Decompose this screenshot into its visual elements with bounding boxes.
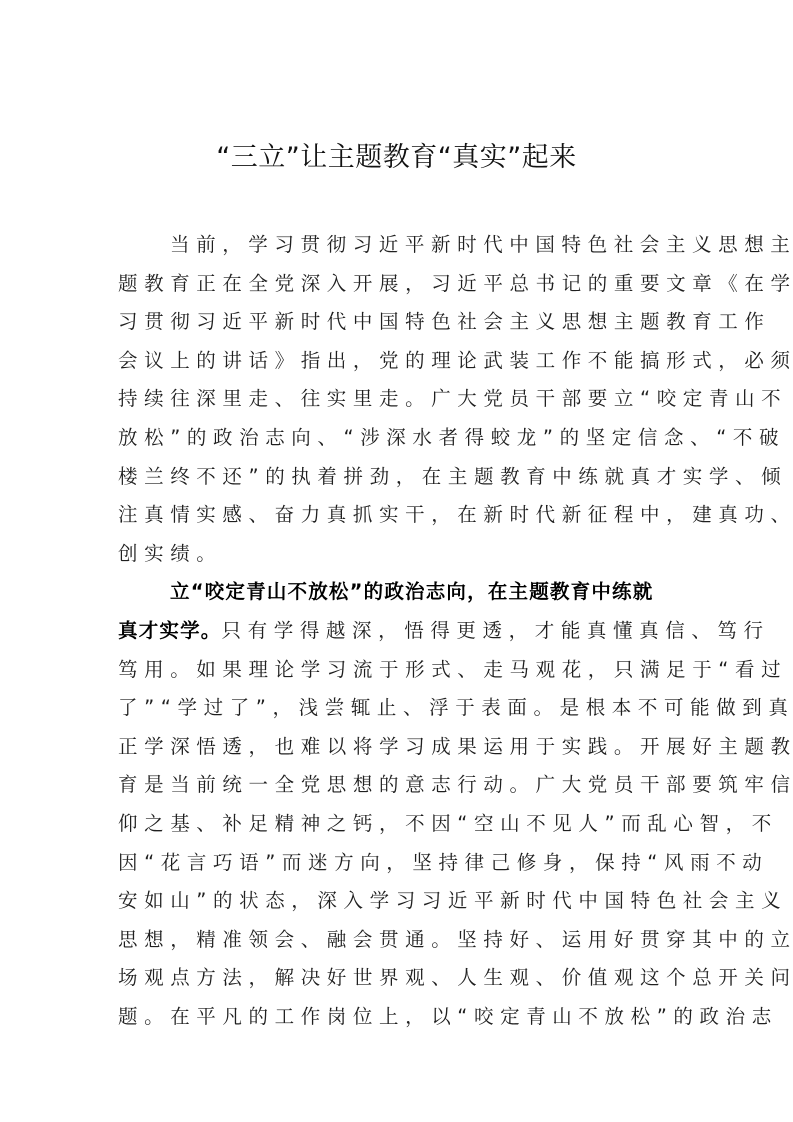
document-title: “三立”让主题教育“真实”起来 bbox=[0, 138, 793, 178]
text-line: 题教育正在全党深入开展，习近平总书记的重要文章《在学 bbox=[118, 265, 674, 304]
text-line: 真才实学。只有学得越深，悟得更透，才能真懂真信、笃行 bbox=[118, 612, 674, 651]
document-page: “三立”让主题教育“真实”起来 当前，学习贯彻习近平新时代中国特色社会主义思想主… bbox=[0, 0, 793, 1122]
text-line: 因“花言巧语”而迷方向，坚持律己修身，保持“风雨不动 bbox=[118, 844, 674, 883]
paragraph-section-1: 立“咬定青山不放松”的政治志向，在主题教育中练就 真才实学。只有学得越深，悟得更… bbox=[118, 573, 674, 1036]
text-line: 创实绩。 bbox=[118, 535, 674, 574]
section-heading: 立“咬定青山不放松”的政治志向，在主题教育中练就 bbox=[170, 580, 653, 603]
paragraph-intro: 当前，学习贯彻习近平新时代中国特色社会主义思想主 题教育正在全党深入开展，习近平… bbox=[118, 226, 674, 573]
text-line: 场观点方法，解决好世界观、人生观、价值观这个总开关问 bbox=[118, 959, 674, 998]
text-line: 楼兰终不还”的执着拼劲，在主题教育中练就真才实学、倾 bbox=[118, 458, 674, 497]
text-line: 笃用。如果理论学习流于形式、走马观花，只满足于“看过 bbox=[118, 651, 674, 690]
section-heading-end: 真才实学。 bbox=[118, 619, 222, 642]
text-line: 放松”的政治志向、“涉深水者得蛟龙”的坚定信念、“不破 bbox=[118, 419, 674, 458]
text-line: 育是当前统一全党思想的意志行动。广大党员干部要筑牢信 bbox=[118, 766, 674, 805]
text-line: 当前，学习贯彻习近平新时代中国特色社会主义思想主 bbox=[118, 226, 674, 265]
text-line: 会议上的讲话》指出，党的理论武装工作不能搞形式，必须 bbox=[118, 342, 674, 381]
text-run: 只有学得越深，悟得更透，才能真懂真信、笃行 bbox=[222, 619, 770, 642]
text-line: 正学深悟透，也难以将学习成果运用于实践。开展好主题教 bbox=[118, 728, 674, 767]
text-line: 题。在平凡的工作岗位上，以“咬定青山不放松”的政治志 bbox=[118, 998, 674, 1037]
text-line: 习贯彻习近平新时代中国特色社会主义思想主题教育工作 bbox=[118, 303, 674, 342]
text-line: 了”“学过了”，浅尝辄止、浮于表面。是根本不可能做到真 bbox=[118, 689, 674, 728]
text-line: 安如山”的状态，深入学习习近平新时代中国特色社会主义 bbox=[118, 882, 674, 921]
text-line: 仰之基、补足精神之钙，不因“空山不见人”而乱心智，不 bbox=[118, 805, 674, 844]
document-body: 当前，学习贯彻习近平新时代中国特色社会主义思想主 题教育正在全党深入开展，习近平… bbox=[118, 226, 674, 1036]
text-line: 思想，精准领会、融会贯通。坚持好、运用好贯穿其中的立 bbox=[118, 921, 674, 960]
text-line: 立“咬定青山不放松”的政治志向，在主题教育中练就 bbox=[118, 573, 674, 612]
text-line: 持续往深里走、往实里走。广大党员干部要立“咬定青山不 bbox=[118, 380, 674, 419]
text-line: 注真情实感、奋力真抓实干，在新时代新征程中，建真功、 bbox=[118, 496, 674, 535]
